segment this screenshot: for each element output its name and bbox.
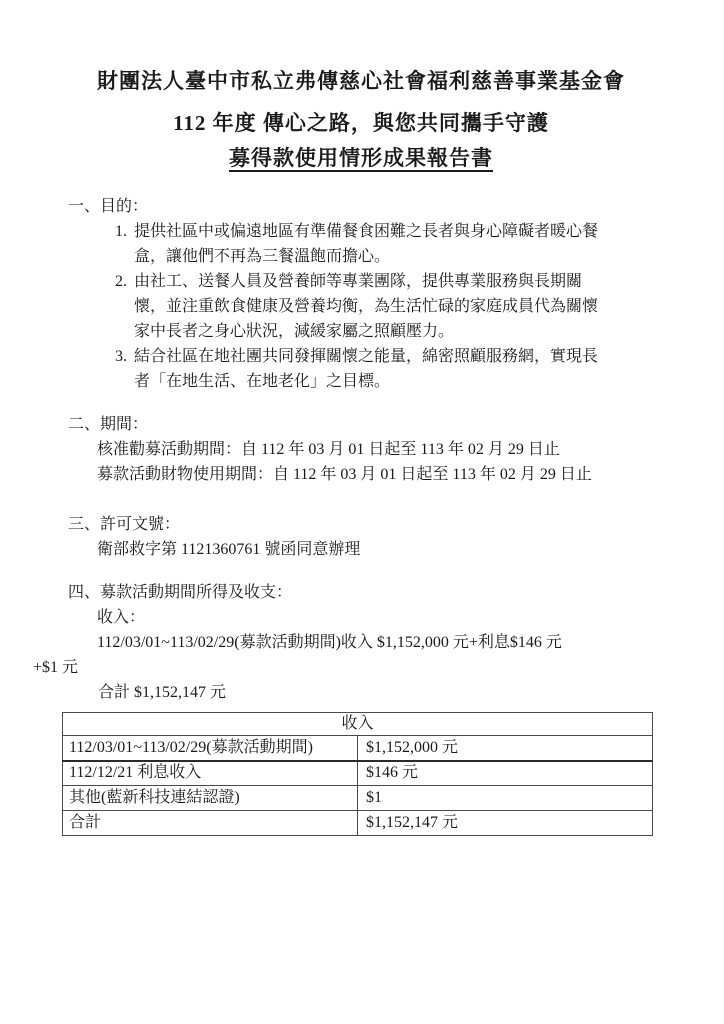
period-line-usage: 募款活動財物使用期間：自 112 年 03 月 01 日起至 113 年 02 … <box>97 462 654 487</box>
document-body: 一、目的： 1. 提供社區中或偏遠地區有準備餐食困難之長者與身心障礙者暖心餐 盒… <box>68 194 654 836</box>
income-table-header-row: 收入 <box>63 713 653 736</box>
income-total-line: 合計 $1,152,147 元 <box>98 680 654 705</box>
income-detail-line: 112/03/01~113/02/29(募款活動期間)收入 $1,152,000… <box>97 630 654 655</box>
title-block: 財團法人臺中市私立弗傳慈心社會福利慈善事業基金會 112 年度 傳心之路，與您共… <box>68 66 654 176</box>
section-income: 四、募款活動期間所得及收支： 收入： 112/03/01~113/02/29(募… <box>68 580 654 836</box>
list-item-number: 2. <box>115 269 134 344</box>
income-table: 收入 112/03/01~113/02/29(募款活動期間) $1,152,00… <box>62 712 653 836</box>
income-table-header: 收入 <box>63 713 653 736</box>
table-row-value: $1,152,000 元 <box>358 736 653 761</box>
permit-line: 衛部救字第 1121360761 號函同意辦理 <box>97 537 654 562</box>
purpose-list: 1. 提供社區中或偏遠地區有準備餐食困難之長者與身心障礙者暖心餐 盒，讓他們不再… <box>115 219 654 394</box>
document-page: 財團法人臺中市私立弗傳慈心社會福利慈善事業基金會 112 年度 傳心之路，與您共… <box>0 0 724 1024</box>
income-subheading: 收入： <box>97 605 654 630</box>
list-item-text: 提供社區中或偏遠地區有準備餐食困難之長者與身心障礙者暖心餐 盒，讓他們不再為三餐… <box>134 219 654 269</box>
table-row: 其他(藍新科技連結認證) $1 <box>63 786 653 811</box>
org-title: 財團法人臺中市私立弗傳慈心社會福利慈善事業基金會 <box>68 66 654 96</box>
list-item: 3. 結合社區在地社團共同發揮關懷之能量，綿密照顧服務網，實現長 者「在地生活、… <box>115 344 654 394</box>
report-title: 募得款使用情形成果報告書 <box>229 143 493 173</box>
section-permit: 三、許可文號： 衛部救字第 1121360761 號函同意辦理 <box>68 512 654 562</box>
table-row-value: $146 元 <box>358 761 653 786</box>
list-item-number: 3. <box>115 344 134 394</box>
list-item-text: 結合社區在地社團共同發揮關懷之能量，綿密照顧服務網，實現長 者「在地生活、在地老… <box>134 344 654 394</box>
purpose-heading: 一、目的： <box>68 194 654 219</box>
table-row: 合計 $1,152,147 元 <box>63 811 653 836</box>
list-item-text: 由社工、送餐人員及營養師等專業團隊，提供專業服務與長期關 懷，並注重飲食健康及營… <box>134 269 654 344</box>
table-row-value: $1,152,147 元 <box>358 811 653 836</box>
table-row-value: $1 <box>358 786 653 811</box>
period-heading: 二、期間： <box>68 412 654 437</box>
permit-heading: 三、許可文號： <box>68 512 654 537</box>
table-row-label: 合計 <box>63 811 358 836</box>
table-row-label: 112/03/01~113/02/29(募款活動期間) <box>63 736 358 761</box>
section-purpose: 一、目的： 1. 提供社區中或偏遠地區有準備餐食困難之長者與身心障礙者暖心餐 盒… <box>68 194 654 394</box>
list-item: 2. 由社工、送餐人員及營養師等專業團隊，提供專業服務與長期關 懷，並注重飲食健… <box>115 269 654 344</box>
period-line-approved: 核准勸募活動期間：自 112 年 03 月 01 日起至 113 年 02 月 … <box>97 437 654 462</box>
section-period: 二、期間： 核准勸募活動期間：自 112 年 03 月 01 日起至 113 年… <box>68 412 654 487</box>
income-heading: 四、募款活動期間所得及收支： <box>68 580 654 605</box>
list-item: 1. 提供社區中或偏遠地區有準備餐食困難之長者與身心障礙者暖心餐 盒，讓他們不再… <box>115 219 654 269</box>
list-item-number: 1. <box>115 219 134 269</box>
campaign-title: 112 年度 傳心之路，與您共同攜手守護 <box>68 108 654 138</box>
table-row-label: 112/12/21 利息收入 <box>63 761 358 786</box>
table-row-label: 其他(藍新科技連結認證) <box>63 786 358 811</box>
income-detail-carryover: +$1 元 <box>33 655 654 680</box>
report-title-row: 募得款使用情形成果報告書 <box>68 143 654 176</box>
table-row: 112/12/21 利息收入 $146 元 <box>63 761 653 786</box>
table-row: 112/03/01~113/02/29(募款活動期間) $1,152,000 元 <box>63 736 653 761</box>
